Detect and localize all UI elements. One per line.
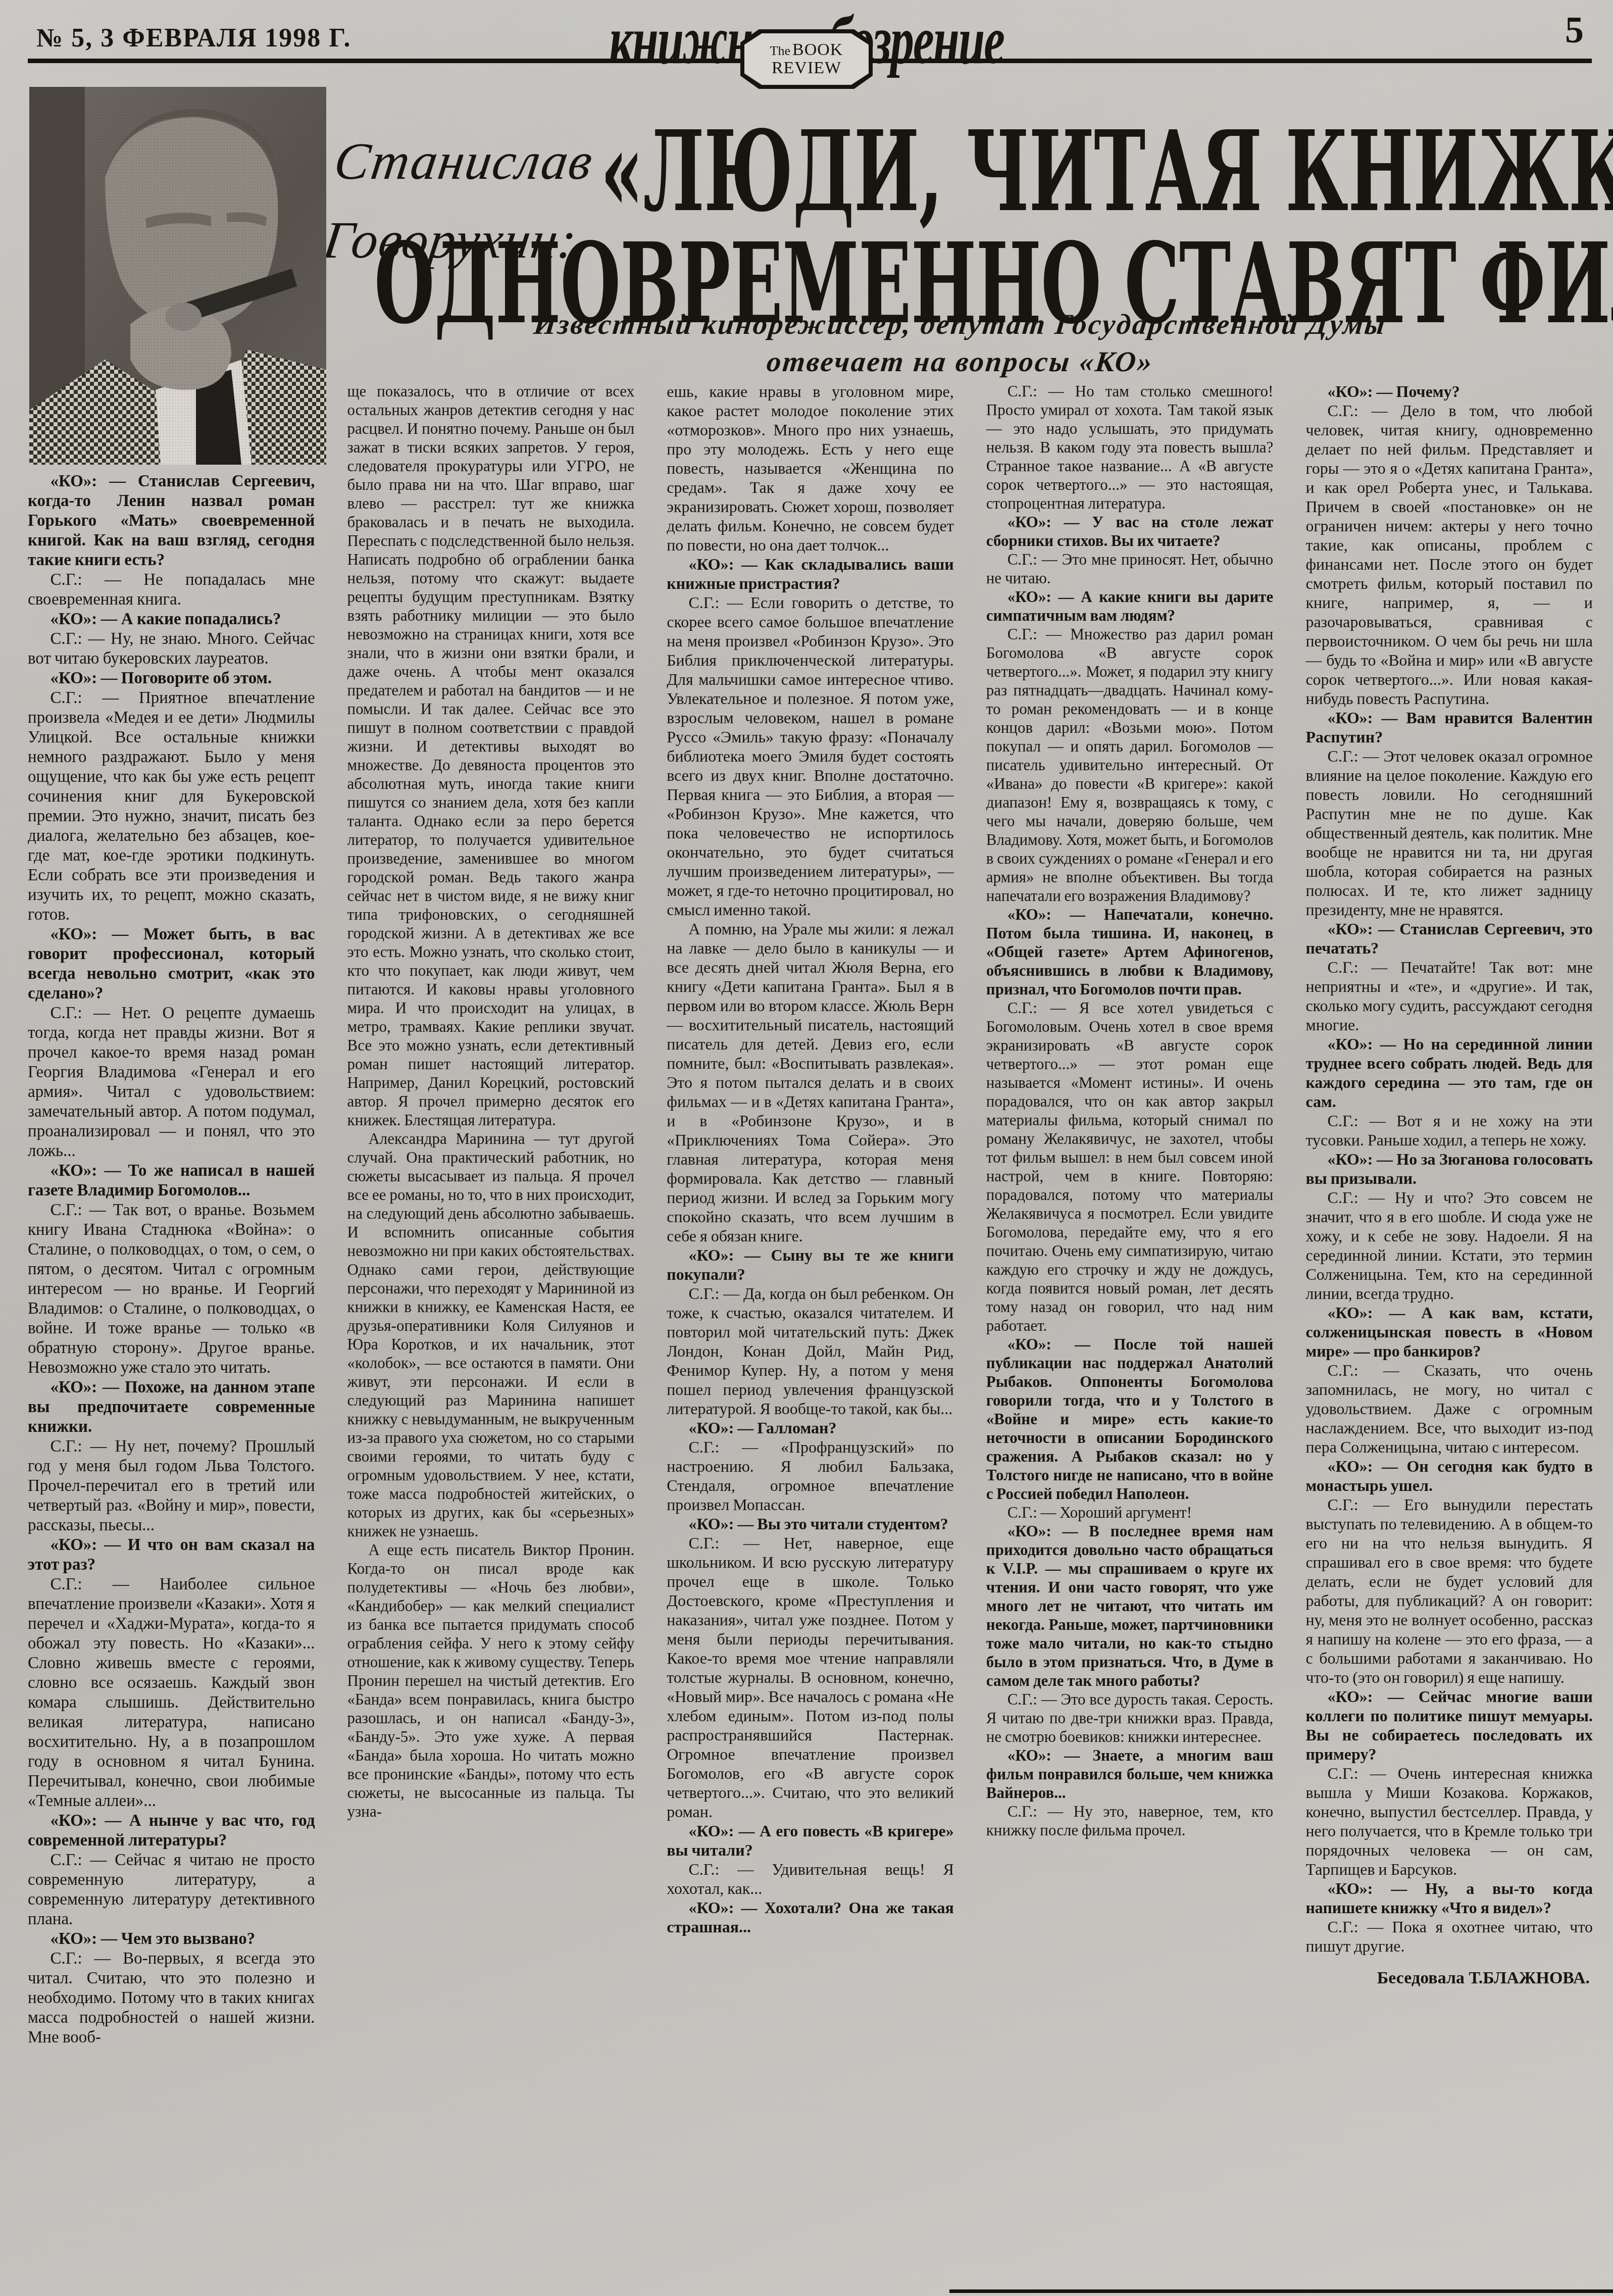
answer-paragraph: С.Г.: — Наиболее сильное впечатление про… — [28, 1575, 315, 1811]
question-paragraph: «КО»: — А какие книги вы дарите симпатич… — [986, 587, 1274, 625]
headline-line2: ОДНОВРЕМЕННО СТАВЯТ ФИЛЬМ» — [327, 219, 1593, 306]
question-paragraph: «КО»: — Но на серединной линии труднее в… — [1305, 1034, 1593, 1111]
answer-paragraph: С.Г.: — Да, когда он был ребенком. Он то… — [667, 1284, 954, 1418]
question-paragraph: «КО»: — Но за Зюганова голосовать вы при… — [1305, 1150, 1593, 1188]
question-paragraph: «КО»: — Почему? — [1305, 382, 1593, 401]
question-paragraph: «КО»: — Вы это читали студентом? — [667, 1514, 954, 1533]
page-number: 5 — [1565, 9, 1584, 52]
question-paragraph: «КО»: — Напечатали, конечно. Потом была … — [986, 905, 1274, 999]
subtitle-line2: отвечает на вопросы «КО» — [326, 345, 1595, 378]
text-column-3: ешь, какие нравы в уголовном мире, какое… — [667, 382, 954, 2281]
answer-paragraph: С.Г.: — Вот я и не хожу на эти тусовки. … — [1305, 1111, 1593, 1150]
masthead-logo-line1: The BOOK — [770, 41, 843, 59]
answer-paragraph: С.Г.: — Нет, наверное, еще школьником. И… — [667, 1533, 954, 1821]
answer-paragraph: С.Г.: — Я все хотел увидеться с Богомоло… — [986, 999, 1274, 1335]
answer-paragraph: С.Г.: — Во-первых, я всегда это читал. С… — [28, 1949, 315, 2048]
logo-word-review: REVIEW — [772, 59, 841, 77]
question-paragraph: «КО»: — Хохотали? Она же такая страшная.… — [667, 1898, 954, 1936]
question-paragraph: «КО»: — Сыну вы те же книги покупали? — [667, 1245, 954, 1284]
byline-line1: Станислав — [329, 122, 598, 201]
question-paragraph: «КО»: — А его повесть «В кригере» вы чит… — [667, 1821, 954, 1860]
subtitle-line1: Известный кинорежиссер, депутат Государс… — [326, 308, 1595, 341]
logo-word-the: The — [770, 43, 790, 58]
question-paragraph: «КО»: — Он сегодня как будто в монастырь… — [1305, 1457, 1593, 1495]
text-column-4: С.Г.: — Но там столько смешного! Просто … — [986, 382, 1274, 2281]
answer-paragraph: С.Г.: — Хороший аргумент! — [986, 1503, 1274, 1522]
masthead-logo-inner: The BOOK REVIEW — [744, 33, 869, 85]
text-column-1: «КО»: — Станислав Сергеевич, когда-то Ле… — [28, 382, 315, 2281]
question-paragraph: «КО»: — Галломан? — [667, 1418, 954, 1437]
answer-paragraph: С.Г.: — Сейчас я читаю не просто совреме… — [28, 1851, 315, 1929]
portrait-photo — [29, 87, 326, 465]
question-paragraph: «КО»: — Станислав Сергеевич, это печатат… — [1305, 919, 1593, 958]
answer-paragraph: С.Г.: — «Профранцузский» по настроению. … — [667, 1437, 954, 1514]
masthead-logo-box: The BOOK REVIEW — [740, 29, 873, 89]
answer-paragraph: С.Г.: — Ну нет, почему? Прошлый год у ме… — [28, 1437, 315, 1535]
interviewer-signoff: Беседовала Т.БЛАЖНОВА. — [1305, 1969, 1590, 1988]
question-paragraph: «КО»: — Похоже, на данном этапе вы предп… — [28, 1378, 315, 1437]
answer-paragraph: А еще есть писатель Виктор Пронин. Когда… — [347, 1540, 635, 1821]
question-paragraph: «КО»: — Может быть, в вас говорит профес… — [28, 925, 315, 1004]
answer-paragraph: С.Г.: — Пока я охотнее читаю, что пишут … — [1305, 1917, 1593, 1956]
question-paragraph: «КО»: — В последнее время нам приходится… — [986, 1522, 1274, 1690]
answer-paragraph: С.Г.: — Не попадалась мне своевременная … — [28, 570, 315, 610]
answer-paragraph: С.Г.: — Удивительная вещь! Я хохотал, ка… — [667, 1860, 954, 1898]
logo-word-book: BOOK — [792, 40, 843, 59]
answer-paragraph: Александра Маринина — тут другой случай.… — [347, 1129, 635, 1540]
question-paragraph: «КО»: — У вас на столе лежат сборники ст… — [986, 513, 1274, 550]
question-paragraph: «КО»: — Поговорите об этом. — [28, 669, 315, 688]
question-paragraph: «КО»: — А нынче у вас что, год современн… — [28, 1811, 315, 1851]
headline-zone: Станислав Говорухин: «ЛЮДИ, ЧИТАЯ КНИЖКИ… — [327, 87, 1593, 380]
answer-paragraph: С.Г.: — Это мне приносят. Нет, обычно не… — [986, 550, 1274, 587]
answer-paragraph: ешь, какие нравы в уголовном мире, какое… — [667, 382, 954, 555]
answer-paragraph: С.Г.: — Очень интересная книжка вышла у … — [1305, 1764, 1593, 1879]
question-paragraph: «КО»: — Сейчас многие ваши коллеги по по… — [1305, 1687, 1593, 1764]
article-columns: «КО»: — Станислав Сергеевич, когда-то Ле… — [28, 382, 1593, 2281]
answer-paragraph: С.Г.: — Ну, не знаю. Много. Сейчас вот ч… — [28, 629, 315, 669]
answer-paragraph: С.Г.: — Приятное впечатление произвела «… — [28, 688, 315, 925]
answer-paragraph: С.Г.: — Но там столько смешного! Просто … — [986, 382, 1274, 513]
answer-paragraph: С.Г.: — Это все дурость такая. Серость. … — [986, 1690, 1274, 1746]
answer-paragraph: С.Г.: — Сказать, что очень запомнилась, … — [1305, 1361, 1593, 1457]
question-paragraph: «КО»: — Чем это вызвано? — [28, 1929, 315, 1949]
answer-paragraph: С.Г.: — Так вот, о вранье. Возьмем книгу… — [28, 1201, 315, 1378]
answer-paragraph: С.Г.: — Ну это, наверное, тем, кто книжк… — [986, 1802, 1274, 1839]
headline-line1: «ЛЮДИ, ЧИТАЯ КНИЖКИ, — [565, 107, 1593, 193]
answer-paragraph: С.Г.: — Если говорить о детстве, то скор… — [667, 593, 954, 919]
answer-paragraph: С.Г.: — Этот человек оказал огромное вли… — [1305, 746, 1593, 919]
answer-paragraph: С.Г.: — Нет. О рецепте думаешь тогда, ко… — [28, 1004, 315, 1161]
question-paragraph: «КО»: — Станислав Сергеевич, когда-то Ле… — [28, 472, 315, 570]
answer-paragraph: С.Г.: — Множество раз дарил роман Богомо… — [986, 625, 1274, 905]
question-paragraph: «КО»: — А какие попадались? — [28, 610, 315, 629]
answer-paragraph: С.Г.: — Дело в том, что любой человек, ч… — [1305, 401, 1593, 708]
answer-paragraph: А помню, на Урале мы жили: я лежал на ла… — [667, 919, 954, 1245]
answer-paragraph: С.Г.: — Его вынудили перестать выступать… — [1305, 1495, 1593, 1687]
answer-paragraph: ще показалось, что в отличие от всех ост… — [347, 382, 635, 1129]
answer-paragraph: С.Г.: — Ну и что? Это совсем не значит, … — [1305, 1188, 1593, 1303]
portrait-photo-art — [29, 87, 326, 465]
question-paragraph: «КО»: — И что он вам сказал на этот раз? — [28, 1535, 315, 1575]
question-paragraph: «КО»: — Знаете, а многим ваш фильм понра… — [986, 1746, 1274, 1802]
question-paragraph: «КО»: — Как складывались ваши книжные пр… — [667, 555, 954, 593]
text-column-5: «КО»: — Почему?С.Г.: — Дело в том, что л… — [1305, 382, 1593, 2281]
text-column-2: ще показалось, что в отличие от всех ост… — [347, 382, 635, 2281]
question-paragraph: «КО»: — А как вам, кстати, солженицынска… — [1305, 1303, 1593, 1361]
question-paragraph: «КО»: — После той нашей публикации нас п… — [986, 1335, 1274, 1503]
question-paragraph: «КО»: — То же написал в нашей газете Вла… — [28, 1161, 315, 1201]
question-paragraph: «КО»: — Вам нравится Валентин Распутин? — [1305, 708, 1593, 746]
bottom-rule — [949, 2289, 1613, 2293]
answer-paragraph: С.Г.: — Печатайте! Так вот: мне неприятн… — [1305, 958, 1593, 1034]
newspaper-page: № 5, 3 ФЕВРАЛЯ 1998 Г. книжное обозрение… — [0, 0, 1613, 2296]
question-paragraph: «КО»: — Ну, а вы-то когда напишете книжк… — [1305, 1879, 1593, 1917]
